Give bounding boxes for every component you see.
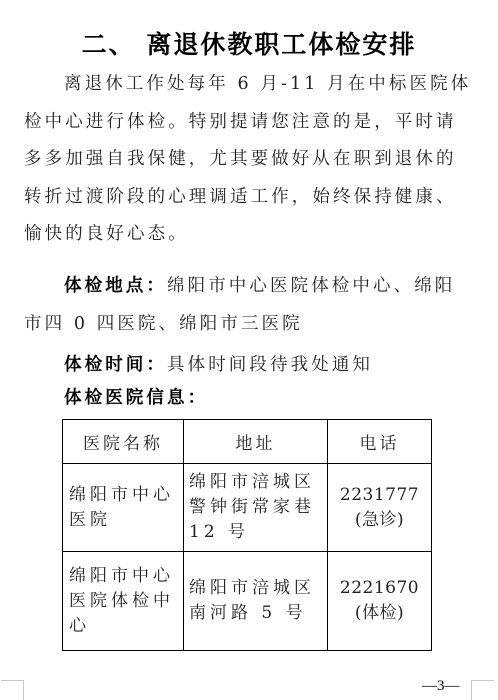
hospital-info-label: 体检医院信息： bbox=[24, 380, 474, 418]
phone-number: 2231777 bbox=[328, 483, 431, 508]
hospital-info-paragraph: 体检医院信息： bbox=[24, 380, 474, 418]
intro-line: 转折过渡阶段的心理调适工作，始终保持健康、 bbox=[24, 179, 474, 217]
crop-mark-bottom-right bbox=[471, 680, 494, 700]
location-line-2: 市四 0 四医院、绵阳市三医院 bbox=[24, 306, 474, 344]
hospital-table: 医院名称 地址 电话 绵阳市中心 医院 绵阳市涪城区 警钟街常家巷 12 号 2… bbox=[62, 419, 432, 651]
header-hospital-name: 医院名称 bbox=[63, 420, 184, 464]
hospital-name-cell: 绵阳市中心 医院 bbox=[63, 464, 184, 552]
intro-line: 检中心进行体检。特别提请您注意的是，平时请 bbox=[24, 104, 474, 142]
header-address: 地址 bbox=[184, 420, 328, 464]
address-line: 绵阳市涪城区 bbox=[189, 576, 327, 601]
phone-cell: 2231777 (急诊) bbox=[328, 464, 432, 552]
table-row: 绵阳市中心 医院 绵阳市涪城区 警钟街常家巷 12 号 2231777 (急诊) bbox=[63, 464, 432, 552]
hospital-name-line: 心 bbox=[69, 614, 183, 639]
location-label: 体检地点： bbox=[64, 276, 167, 296]
hospital-name-line: 绵阳市中心 bbox=[69, 564, 183, 589]
header-phone: 电话 bbox=[328, 420, 432, 464]
phone-note: (急诊) bbox=[328, 508, 431, 533]
hospital-name-line: 绵阳市中心 bbox=[69, 483, 183, 508]
location-line: 体检地点：绵阳市中心医院体检中心、绵阳 bbox=[24, 268, 474, 306]
crop-mark-bottom-left bbox=[1, 680, 24, 700]
section-title: 二、 离退休教职工体检安排 bbox=[0, 28, 498, 62]
page-number: —3— bbox=[422, 678, 460, 695]
intro-paragraph: 离退休工作处每年 6 月-11 月在中标医院体 检中心进行体检。特别提请您注意的… bbox=[24, 66, 474, 254]
time-line: 体检时间：具体时间段待我处通知 bbox=[24, 347, 474, 385]
intro-line: 离退休工作处每年 6 月-11 月在中标医院体 bbox=[24, 66, 474, 104]
address-cell: 绵阳市涪城区 南河路 5 号 bbox=[184, 552, 328, 651]
address-cell: 绵阳市涪城区 警钟街常家巷 12 号 bbox=[184, 464, 328, 552]
address-line: 警钟街常家巷 bbox=[189, 495, 327, 520]
phone-number: 2221670 bbox=[328, 576, 431, 601]
location-value: 绵阳市中心医院体检中心、绵阳 bbox=[167, 276, 455, 296]
phone-cell: 2221670 (体检) bbox=[328, 552, 432, 651]
phone-note: (体检) bbox=[328, 601, 431, 626]
hospital-name-line: 医院 bbox=[69, 508, 183, 533]
hospital-name-line: 医院体检中 bbox=[69, 589, 183, 614]
address-line: 绵阳市涪城区 bbox=[189, 470, 327, 495]
time-value: 具体时间段待我处通知 bbox=[167, 355, 373, 375]
address-line: 南河路 5 号 bbox=[189, 601, 327, 626]
table-row: 绵阳市中心 医院体检中 心 绵阳市涪城区 南河路 5 号 2221670 (体检… bbox=[63, 552, 432, 651]
address-line: 12 号 bbox=[189, 520, 327, 545]
time-label: 体检时间： bbox=[64, 355, 167, 375]
location-paragraph: 体检地点：绵阳市中心医院体检中心、绵阳 市四 0 四医院、绵阳市三医院 bbox=[24, 268, 474, 343]
intro-line: 多多加强自我保健，尤其要做好从在职到退休的 bbox=[24, 141, 474, 179]
intro-line: 愉快的良好心态。 bbox=[24, 216, 474, 254]
hospital-name-cell: 绵阳市中心 医院体检中 心 bbox=[63, 552, 184, 651]
table-header-row: 医院名称 地址 电话 bbox=[63, 420, 432, 464]
time-paragraph: 体检时间：具体时间段待我处通知 bbox=[24, 347, 474, 385]
